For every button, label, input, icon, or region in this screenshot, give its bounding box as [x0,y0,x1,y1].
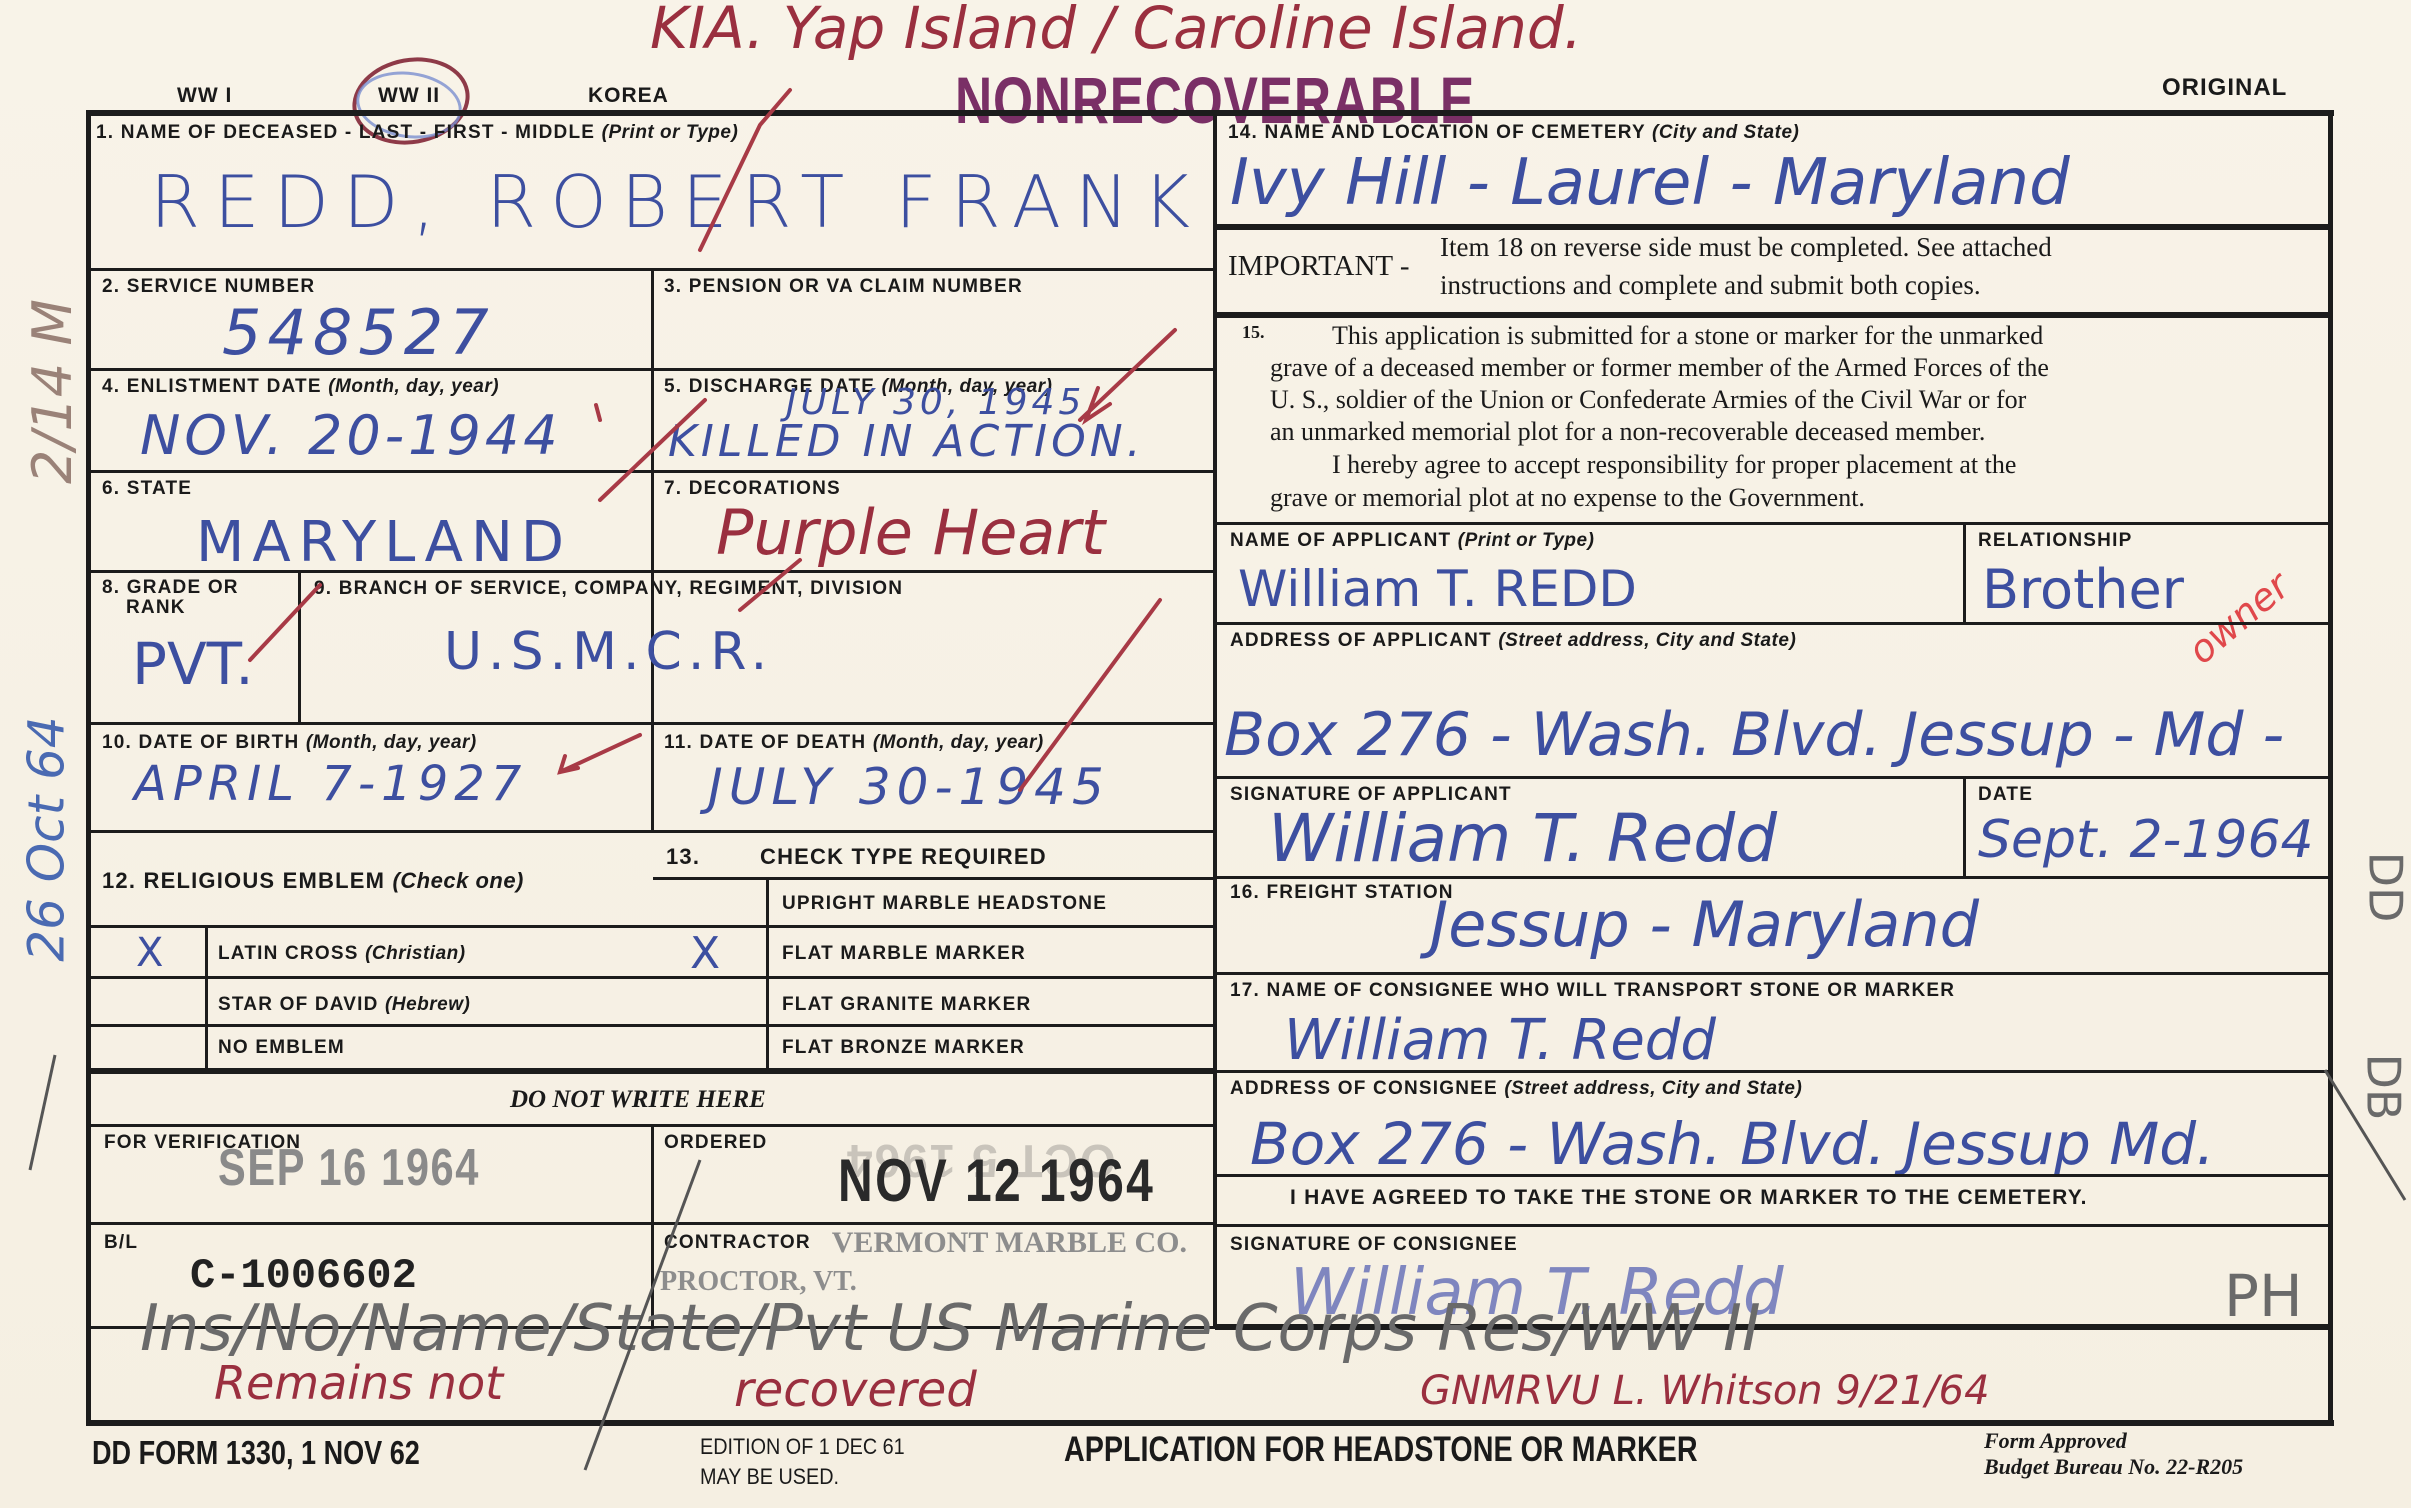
headstone-application-card: WW I WW II KOREA KIA. Yap Island / Carol… [0,0,2411,1508]
review-checkmarks-icon [0,0,2411,1508]
